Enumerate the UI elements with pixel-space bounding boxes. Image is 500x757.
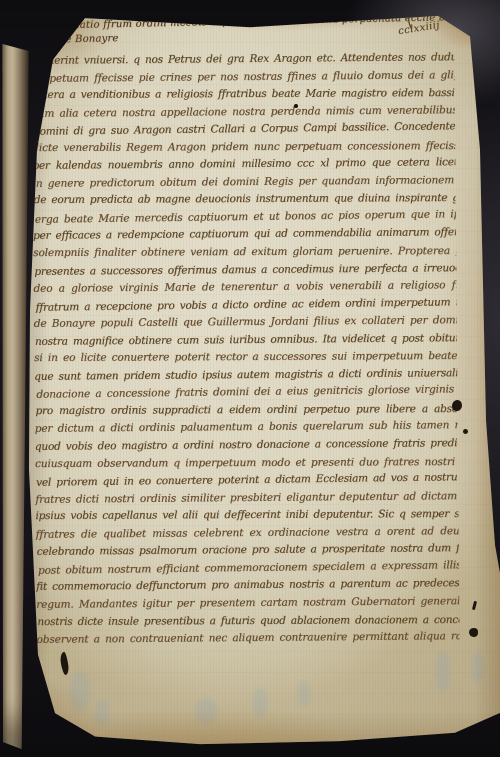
manuscript-photo: ( Donatio ffrum ordini mcedis captiuor d… (0, 0, 500, 757)
manuscript-line: quod vobis deo magistro a ordini nostro … (35, 435, 458, 456)
manuscript-line: ipsius vobis capellanus vel alii qui def… (35, 506, 458, 526)
show-through-stain (436, 652, 450, 692)
show-through-stain (472, 652, 484, 684)
manuscript-line: observent a non contraueniant nec alique… (36, 628, 459, 649)
manuscript-line: si in eo licite conuertere poterit recto… (34, 348, 457, 368)
show-through-stain (95, 700, 109, 726)
manuscript-line: dicte venerabilis Regem Aragon pridem nu… (32, 138, 455, 158)
body-text: Nouerint vniuersi. q nos Petrus dei gra … (31, 49, 459, 653)
ink-blot (472, 601, 477, 610)
rubric-bracket: ( (42, 16, 54, 48)
show-through-stain (70, 672, 90, 712)
show-through-stain (28, 664, 38, 698)
manuscript-line: cetera a venditionibus a religiosis ffra… (32, 85, 455, 105)
manuscript-page: ( Donatio ffrum ordini mcedis captiuor d… (0, 0, 500, 757)
show-through-stain (253, 688, 267, 718)
rubric-struck-word: eccha (308, 14, 339, 26)
show-through-stain (195, 698, 217, 724)
ink-blot (452, 400, 462, 411)
ink-blot (59, 652, 70, 676)
manuscript-line: solempniis finaliter obtinere veniam ad … (33, 243, 456, 263)
ink-blot (31, 659, 35, 664)
manuscript-line: pro magistro ordinis suppradicti a eidem… (35, 401, 457, 421)
ink-blot (463, 429, 468, 434)
manuscript-line: nostris dicte insule presentibus a futur… (37, 611, 459, 631)
ink-blot (469, 628, 478, 637)
previous-page-edge (0, 44, 30, 749)
ink-blot (294, 104, 298, 108)
manuscript-line: regum. Mandantes igitur per presentem ca… (36, 593, 459, 614)
show-through-stain (298, 682, 310, 706)
